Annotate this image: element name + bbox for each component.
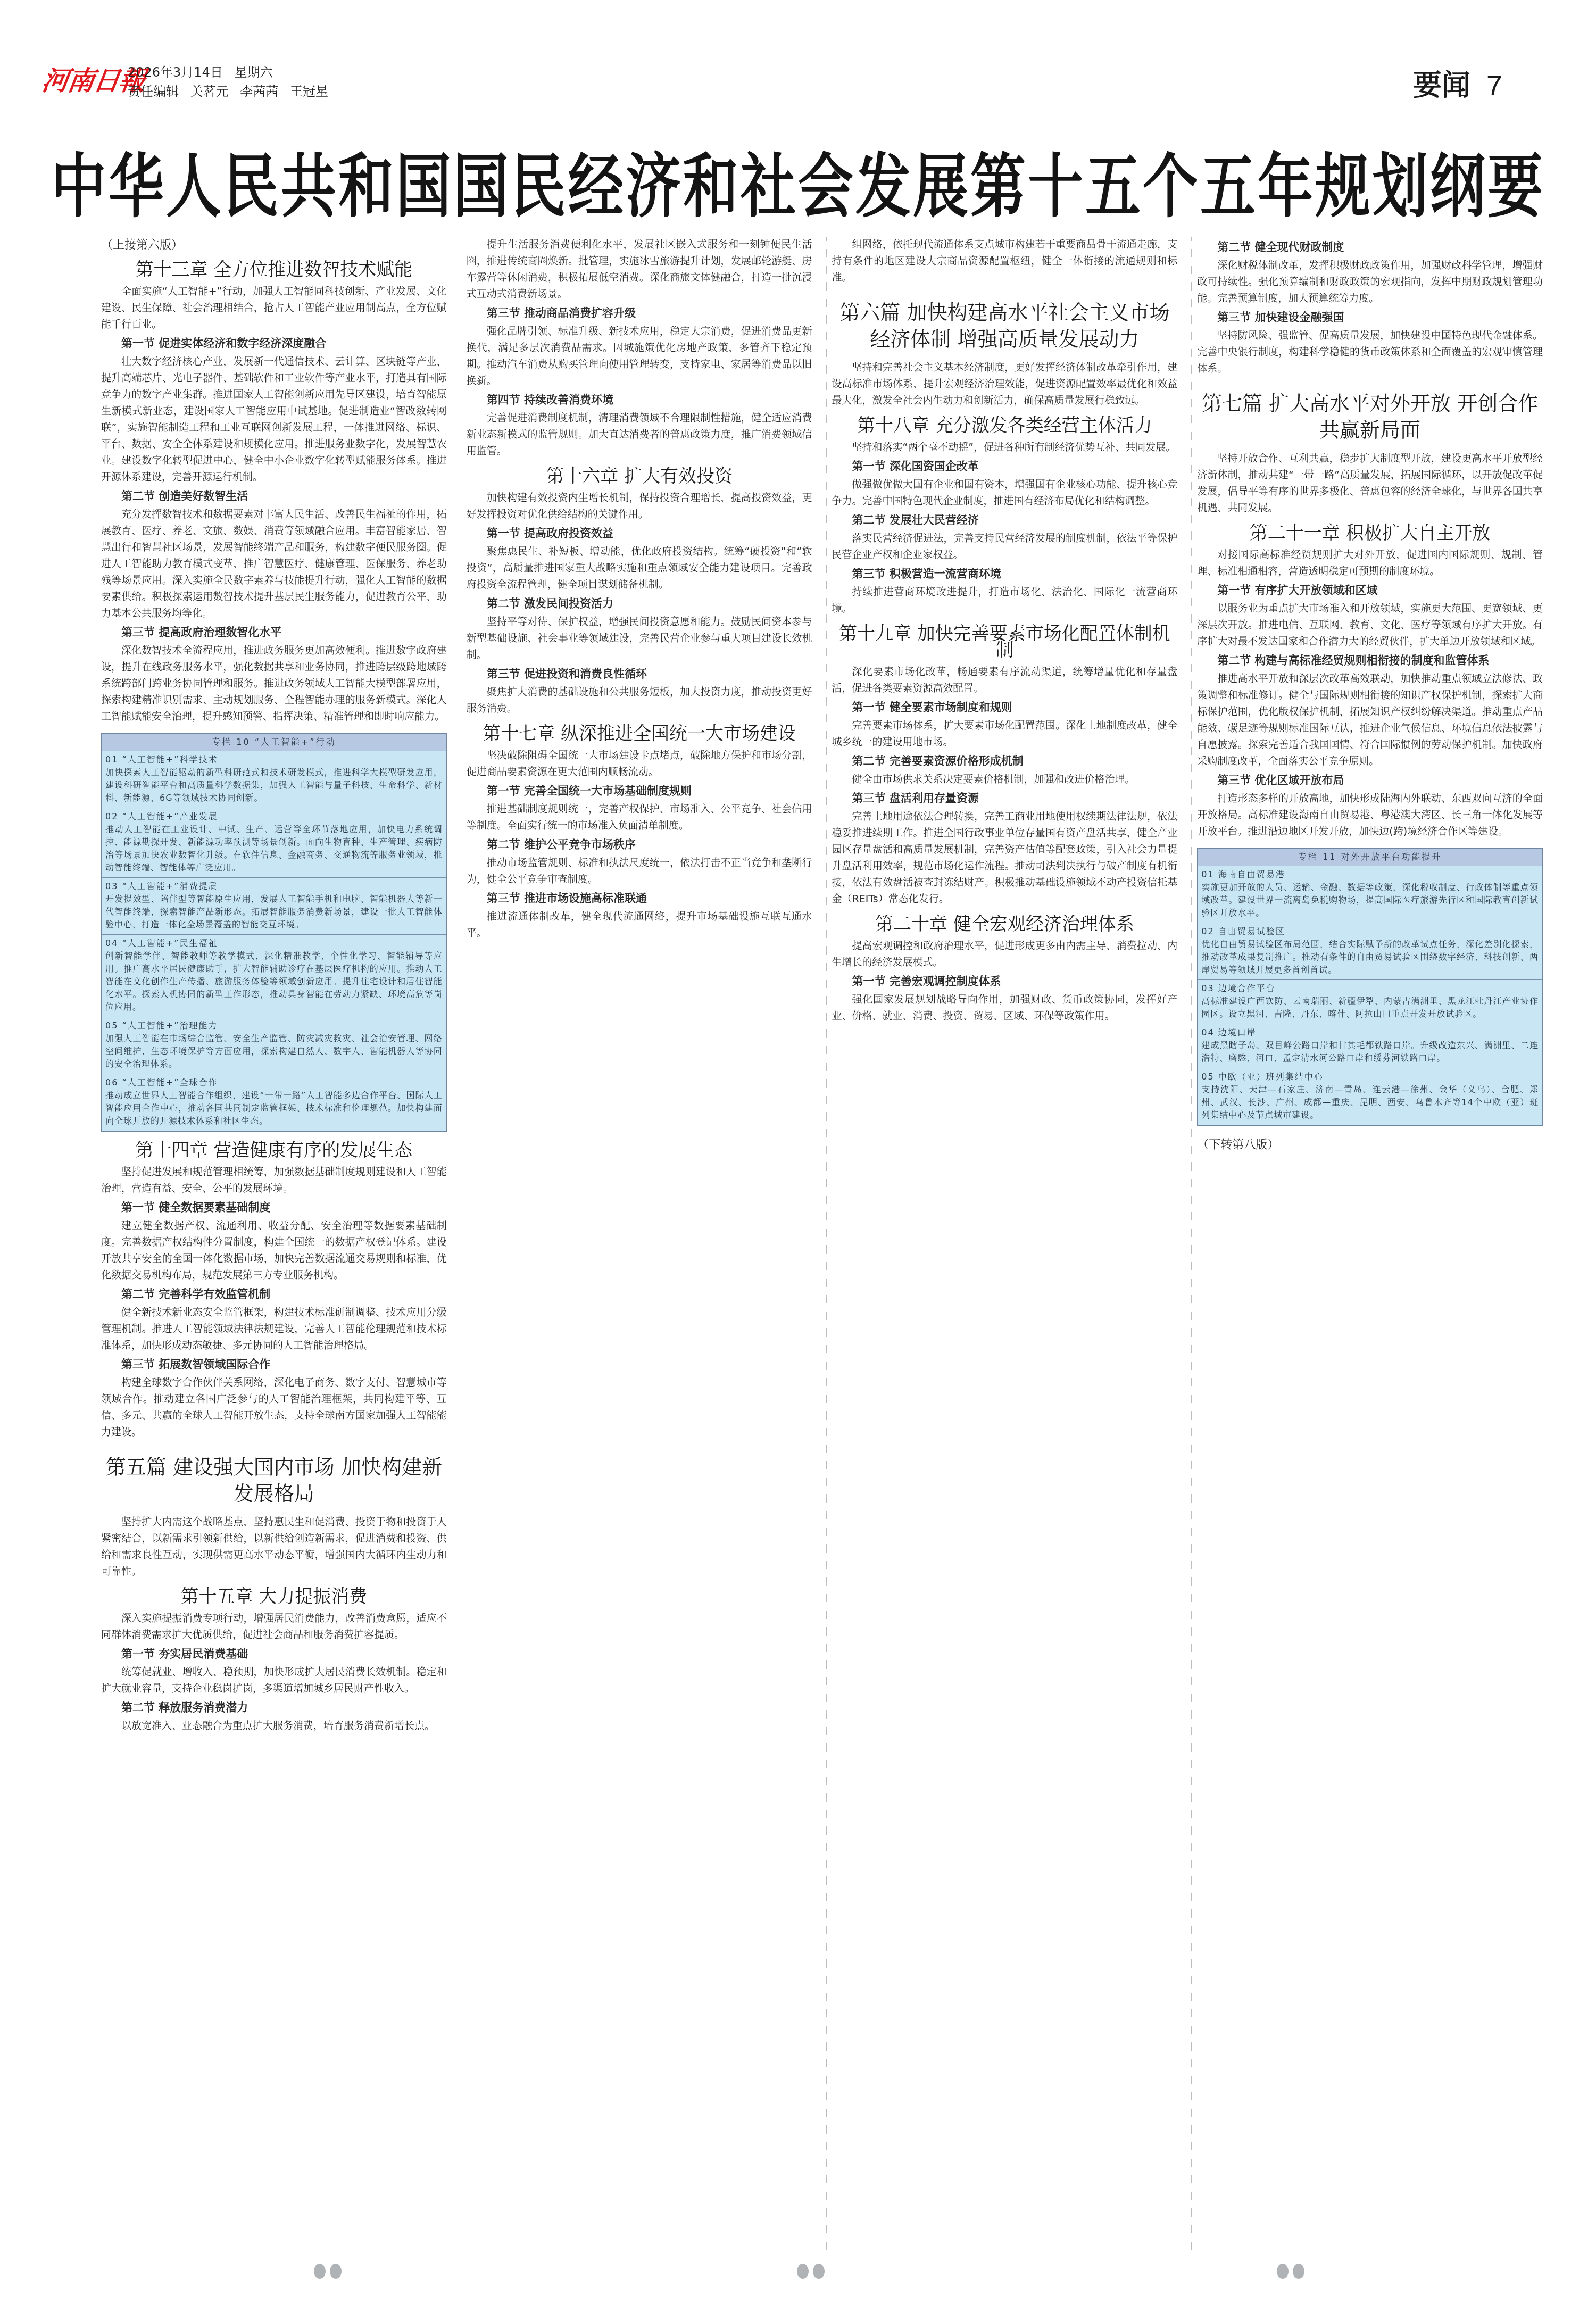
column-4: 第二节 健全现代财政制度深化财税体制改革，发挥积极财政政策作用，加强财政科学管理… <box>1191 237 1543 2253</box>
box-item: 04 “人工智能+”民生福祉创新智能学伴、智能教师等教学模式，深化精准教学、个性… <box>102 935 446 1017</box>
chapter-heading: 第十六章 扩大有效投资 <box>467 468 812 485</box>
box-item-text: 推动成立世界人工智能合作组织，建设“一带一路”人工智能多边合作平台、国际人工智能… <box>105 1089 443 1127</box>
body-paragraph: 强化品牌引领、标准升级、新技术应用，稳定大宗消费，促进消费品更新换代，满足多层次… <box>467 323 812 389</box>
body-paragraph: 加快构建有效投资内生增长机制，保持投资合理增长，提高投资效益，更好发挥投资对优化… <box>467 490 812 523</box>
body-paragraph: 以服务业为重点扩大市场准入和开放领域，实施更大范围、更宽领域、更深层次开放。推进… <box>1197 601 1543 650</box>
body-paragraph: 做强做优做大国有企业和国有资本，增强国有企业核心功能、提升核心竞争力。完善中国特… <box>832 477 1178 510</box>
section-heading: 第二节 构建与高标准经贸规则相衔接的制度和监管体系 <box>1197 652 1543 669</box>
body-paragraph: 完善要素市场体系，扩大要素市场化配置范围。深化土地制度改革，健全城乡统一的建设用… <box>832 718 1178 751</box>
box-item-text: 加快探索人工智能驱动的新型科研范式和技术研发模式，推进科学大模型研发应用，建设科… <box>105 766 443 804</box>
body-paragraph: 打造形态多样的开放高地，加快形成陆海内外联动、东西双向互济的全面开放格局。高标准… <box>1197 791 1543 840</box>
chapter-heading: 第十四章 营造健康有序的发展生态 <box>101 1142 447 1159</box>
section-heading: 第二节 完善要素资源价格形成机制 <box>832 753 1178 769</box>
body-paragraph: 深化财税体制改革，发挥积极财政政策作用，加强财政科学管理，增强财政可持续性。强化… <box>1197 258 1543 307</box>
body-paragraph: 推动市场监管规则、标准和执法尺度统一，依法打击不正当竞争和垄断行为，健全公平竞争… <box>467 855 812 888</box>
section-heading: 第二节 创造美好数智生活 <box>101 488 447 504</box>
chapter-heading: 第十九章 加快完善要素市场化配置体制机制 <box>832 626 1178 659</box>
box-item-title: 01 “人工智能+”科学技术 <box>105 753 443 766</box>
part-heading: 第六篇 加快构建高水平社会主义市场经济体制 增强高质量发展动力 <box>832 299 1178 352</box>
body-paragraph: 提高宏观调控和政府治理水平，促进形成更多由内需主导、消费拉动、内生增长的经济发展… <box>832 938 1178 971</box>
body-paragraph: 坚持和完善社会主义基本经济制度，更好发挥经济体制改革牵引作用，建设高标准市场体系… <box>832 360 1178 409</box>
section-heading: 第三节 拓展数智领域国际合作 <box>101 1356 447 1373</box>
chapter-heading: 第二十一章 积极扩大自主开放 <box>1197 525 1543 542</box>
body-paragraph: 深化数智技术全流程应用，推进政务服务更加高效便利。推进数字政府建设，提升在线政务… <box>101 643 447 725</box>
body-paragraph: 坚持和落实“两个毫不动摇”，促进各种所有制经济优势互补、共同发展。 <box>832 439 1178 456</box>
column-1: （上接第六版） 第十三章 全方位推进数智技术赋能全面实施“人工智能+”行动，加强… <box>101 237 447 2253</box>
editor-name: 李茜茜 <box>240 84 278 99</box>
section-heading: 第三节 推进市场设施高标准联通 <box>467 890 812 907</box>
box-item-title: 05 “人工智能+”治理能力 <box>105 1019 443 1032</box>
section-name: 要闻 <box>1413 68 1470 102</box>
box-item-title: 04 “人工智能+”民生福祉 <box>105 937 443 950</box>
section-heading: 第一节 深化国资国企改革 <box>832 458 1178 475</box>
section-heading: 第三节 优化区域开放布局 <box>1197 772 1543 788</box>
body-paragraph: 以放宽准入、业态融合为重点扩大服务消费，培育服务消费新增长点。 <box>101 1718 447 1734</box>
footer-ornament <box>314 2264 342 2279</box>
body-paragraph: 提升生活服务消费便利化水平，发展社区嵌入式服务和一刻钟便民生活圈，推进传统商圈焕… <box>467 237 812 303</box>
box-item-text: 优化自由贸易试验区布局范围，结合实际赋予新的改革试点任务，深化差别化探索，推动改… <box>1201 938 1539 976</box>
section-heading: 第一节 健全要素市场制度和规则 <box>832 699 1178 716</box>
body-paragraph: 完善土地用途依法合理转换，完善工商业用地使用权续期法律法规，依法稳妥推进续期工作… <box>832 809 1178 908</box>
section-heading: 第二节 发展壮大民营经济 <box>832 512 1178 528</box>
body-paragraph: 建立健全数据产权、流通利用、收益分配、安全治理等数据要素基础制度。完善数据产权结… <box>101 1218 447 1284</box>
body-paragraph: 坚持开放合作、互利共赢，稳步扩大制度型开放，建设更高水平开放型经济新体制，推动共… <box>1197 451 1543 517</box>
page-footer <box>0 2264 1596 2285</box>
chapter-heading: 第二十章 健全宏观经济治理体系 <box>832 916 1178 933</box>
chapter-heading: 第十三章 全方位推进数智技术赋能 <box>101 262 447 278</box>
section-label: 要闻7 <box>1413 63 1502 104</box>
box-item-text: 支持沈阳、天津—石家庄、济南—青岛、连云港—徐州、金华（义乌）、合肥、郑州、武汉… <box>1201 1083 1539 1122</box>
box-item-title: 05 中欧（亚）班列集结中心 <box>1201 1070 1539 1083</box>
issue-weekday: 星期六 <box>235 65 273 80</box>
body-paragraph: 聚焦扩大消费的基础设施和公共服务短板，加大投资力度，推动投资更好服务消费。 <box>467 684 812 717</box>
section-heading: 第一节 有序扩大开放领域和区域 <box>1197 582 1543 599</box>
box-item-title: 04 边境口岸 <box>1201 1026 1539 1039</box>
box-item-text: 加强人工智能在市场综合监管、安全生产监管、防灾减灾救灾、社会治安管理、网络空间维… <box>105 1032 443 1070</box>
body-paragraph: 壮大数字经济核心产业，发展新一代通信技术、云计算、区块链等产业，提升高端芯片、光… <box>101 354 447 486</box>
box-item: 03 边境合作平台高标准建设广西钦防、云南瑞丽、新疆伊犁、内蒙古满洲里、黑龙江牡… <box>1198 980 1542 1024</box>
footer-ornament <box>797 2264 825 2279</box>
section-heading: 第一节 健全数据要素基础制度 <box>101 1199 447 1216</box>
box-item: 01 “人工智能+”科学技术加快探索人工智能驱动的新型科研范式和技术研发模式，推… <box>102 751 446 808</box>
section-heading: 第三节 积极营造一流营商环境 <box>832 566 1178 582</box>
body-paragraph: 深入实施提振消费专项行动，增强居民消费能力，改善消费意愿，适应不同群体消费需求扩… <box>101 1610 447 1643</box>
continued-to-note: （下转第八版） <box>1197 1136 1543 1153</box>
section-heading: 第二节 健全现代财政制度 <box>1197 239 1543 255</box>
body-paragraph: 聚焦惠民生、补短板、增动能，优化政府投资结构。统筹“硬投资”和“软投资”，高质量… <box>467 544 812 593</box>
box-item: 06 “人工智能+”全球合作推动成立世界人工智能合作组织，建设“一带一路”人工智… <box>102 1074 446 1131</box>
body-paragraph: 坚持平等对待、保护权益，增强民间投资意愿和能力。鼓励民间资本参与新型基础设施、社… <box>467 614 812 663</box>
page-number: 7 <box>1486 70 1502 102</box>
box-item-title: 03 “人工智能+”消费提质 <box>105 880 443 893</box>
section-heading: 第四节 持续改善消费环境 <box>467 392 812 408</box>
editor-label: 责任编辑 <box>128 84 179 99</box>
body-paragraph: 推进高水平开放和深层次改革高效联动，加快推动重点领域立法修法、政策调整和标准修订… <box>1197 671 1543 770</box>
column-3: 组网络，依托现代流通体系支点城市构建若干重要商品骨干流通走廊，支持有条件的地区建… <box>826 237 1178 2253</box>
body-paragraph: 充分发挥数智技术和数据要素对丰富人民生活、改善民生福祉的作用，拓展教育、医疗、养… <box>101 507 447 622</box>
body-paragraph: 构建全球数字合作伙伴关系网络，深化电子商务、数字支付、智慧城市等领域合作。推动建… <box>101 1375 447 1441</box>
box-item: 02 “人工智能+”产业发展推动人工智能在工业设计、中试、生产、运营等全环节落地… <box>102 808 446 878</box>
chapter-heading: 第十八章 充分激发各类经营主体活力 <box>832 418 1178 434</box>
section-heading: 第二节 维护公平竞争市场秩序 <box>467 836 812 853</box>
section-heading: 第二节 释放服务消费潜力 <box>101 1699 447 1716</box>
body-paragraph: 统筹促就业、增收入、稳预期，加快形成扩大居民消费长效机制。稳定和扩大就业容量，支… <box>101 1664 447 1697</box>
body-paragraph: 深化要素市场化改革，畅通要素有序流动渠道，统筹增量优化和存量盘活，促进各类要素资… <box>832 664 1178 697</box>
box-item-title: 01 海南自由贸易港 <box>1201 868 1539 881</box>
part-heading: 第五篇 建设强大国内市场 加快构建新发展格局 <box>101 1454 447 1507</box>
body-paragraph: 组网络，依托现代流通体系支点城市构建若干重要商品骨干流通走廊，支持有条件的地区建… <box>832 237 1178 286</box>
box-item-title: 06 “人工智能+”全球合作 <box>105 1076 443 1089</box>
body-paragraph: 推进流通体制改革，健全现代流通网络，提升市场基础设施互联互通水平。 <box>467 909 812 942</box>
body-paragraph: 坚持促进发展和规范管理相统筹，加强数据基础制度规则建设和人工智能治理，营造有益、… <box>101 1164 447 1197</box>
body-paragraph: 健全由市场供求关系决定要素价格机制，加强和改进价格治理。 <box>832 771 1178 788</box>
box-item: 03 “人工智能+”消费提质开发提效型、陪伴型等智能原生应用，发展人工智能手机和… <box>102 878 446 935</box>
box-item: 05 中欧（亚）班列集结中心支持沈阳、天津—石家庄、济南—青岛、连云港—徐州、金… <box>1198 1068 1542 1125</box>
section-heading: 第二节 完善科学有效监管机制 <box>101 1286 447 1302</box>
issue-date: 2026年3月14日 <box>128 65 223 80</box>
box-item-text: 推动人工智能在工业设计、中试、生产、运营等全环节落地应用，加快电力系统调控、能源… <box>105 823 443 874</box>
section-heading: 第一节 提高政府投资效益 <box>467 525 812 542</box>
body-paragraph: 全面实施“人工智能+”行动，加强人工智能同科技创新、产业发展、文化建设、民生保障… <box>101 284 447 333</box>
part-heading: 第七篇 扩大高水平对外开放 开创合作共赢新局面 <box>1197 390 1543 443</box>
page-headline: 中华人民共和国国民经济和社会发展第十五个五年规划纲要 <box>0 130 1596 230</box>
box-item-text: 创新智能学伴、智能教师等教学模式，深化精准教学、个性化学习、智能辅导等应用。推广… <box>105 950 443 1014</box>
box-item: 02 自由贸易试验区优化自由贸易试验区布局范围，结合实际赋予新的改革试点任务，深… <box>1198 923 1542 980</box>
body-paragraph: 坚决破除阻碍全国统一大市场建设卡点堵点，破除地方保护和市场分割，促进商品要素资源… <box>467 748 812 781</box>
issue-meta: 2026年3月14日 星期六 责任编辑 关茗元 李茜茜 王冠星 <box>128 63 336 101</box>
body-paragraph: 强化国家发展规划战略导向作用，加强财政、货币政策协同，发挥好产业、价格、就业、消… <box>832 992 1178 1025</box>
sidebar-box-box10: 专栏 10 “人工智能+”行动01 “人工智能+”科学技术加快探索人工智能驱动的… <box>101 733 447 1132</box>
box-item: 01 海南自由贸易港实施更加开放的人员、运输、金融、数据等政策，深化税收制度、行… <box>1198 866 1542 923</box>
box-item-text: 开发提效型、陪伴型等智能原生应用，发展人工智能手机和电脑、智能机器人等新一代智能… <box>105 893 443 931</box>
section-heading: 第三节 提高政府治理数智化水平 <box>101 624 447 641</box>
box-title: 专栏 10 “人工智能+”行动 <box>102 734 446 751</box>
editor-name: 关茗元 <box>190 84 229 99</box>
column-2: 提升生活服务消费便利化水平，发展社区嵌入式服务和一刻钟便民生活圈，推进传统商圈焕… <box>461 237 812 2253</box>
section-heading: 第三节 加快建设金融强国 <box>1197 309 1543 326</box>
chapter-heading: 第十五章 大力提振消费 <box>101 1589 447 1605</box>
box-title: 专栏 11 对外开放平台功能提升 <box>1198 849 1542 866</box>
chapter-heading: 第十七章 纵深推进全国统一大市场建设 <box>467 726 812 742</box>
body-paragraph: 持续推进营商环境改进提升，打造市场化、法治化、国际化一流营商环境。 <box>832 584 1178 617</box>
section-heading: 第三节 促进投资和消费良性循环 <box>467 666 812 682</box>
box-item-text: 高标准建设广西钦防、云南瑞丽、新疆伊犁、内蒙古满洲里、黑龙江牡丹江产业协作园区。… <box>1201 995 1539 1020</box>
body-paragraph: 落实民营经济促进法，完善支持民营经济发展的制度机制，依法平等保护民营企业产权和企… <box>832 530 1178 563</box>
section-heading: 第三节 推动商品消费扩容升级 <box>467 305 812 321</box>
box-item-text: 实施更加开放的人员、运输、金融、数据等政策，深化税收制度、行政体制等重点领域改革… <box>1201 881 1539 919</box>
sidebar-box-box11: 专栏 11 对外开放平台功能提升01 海南自由贸易港实施更加开放的人员、运输、金… <box>1197 848 1543 1126</box>
body-paragraph: 推进基础制度规则统一，完善产权保护、市场准入、公平竞争、社会信用等制度。全面实行… <box>467 801 812 834</box>
section-heading: 第一节 完善全国统一大市场基础制度规则 <box>467 783 812 799</box>
body-paragraph: 对接国际高标准经贸规则扩大对外开放，促进国内国际规则、规制、管理、标准相通相容，… <box>1197 547 1543 580</box>
body-paragraph: 健全新技术新业态安全监管框架，构建技术标准研制调整、技术应用分级管理机制。推进人… <box>101 1305 447 1354</box>
section-heading: 第一节 夯实居民消费基础 <box>101 1646 447 1662</box>
body-paragraph: 完善促进消费制度机制，清理消费领域不合理限制性措施，健全适应消费新业态新模式的监… <box>467 410 812 460</box>
masthead: 河南日報 2026年3月14日 星期六 责任编辑 关茗元 李茜茜 王冠星 要闻7 <box>0 0 1596 106</box>
box-item-title: 02 “人工智能+”产业发展 <box>105 810 443 823</box>
section-heading: 第三节 盘活利用存量资源 <box>832 790 1178 807</box>
editor-name: 王冠星 <box>290 84 328 99</box>
body-paragraph: 坚持防风险、强监管、促高质量发展，加快建设中国特色现代金融体系。完善中央银行制度… <box>1197 328 1543 377</box>
box-item-text: 建成黑瞎子岛、双目峰公路口岸和甘其毛都铁路口岸。升级改造东兴、满洲里、二连浩特、… <box>1201 1039 1539 1065</box>
article-columns: （上接第六版） 第十三章 全方位推进数智技术赋能全面实施“人工智能+”行动，加强… <box>101 237 1543 2253</box>
box-item-title: 02 自由贸易试验区 <box>1201 925 1539 938</box>
box-item: 05 “人工智能+”治理能力加强人工智能在市场综合监管、安全生产监管、防灾减灾救… <box>102 1017 446 1074</box>
box-item-title: 03 边境合作平台 <box>1201 982 1539 995</box>
footer-ornament <box>1277 2264 1304 2279</box>
body-paragraph: 坚持扩大内需这个战略基点，坚持惠民生和促消费、投资于物和投资于人紧密结合，以新需… <box>101 1514 447 1580</box>
box-item: 04 边境口岸建成黑瞎子岛、双目峰公路口岸和甘其毛都铁路口岸。升级改造东兴、满洲… <box>1198 1024 1542 1068</box>
section-heading: 第一节 促进实体经济和数字经济深度融合 <box>101 335 447 352</box>
section-heading: 第一节 完善宏观调控制度体系 <box>832 973 1178 990</box>
section-heading: 第二节 激发民间投资活力 <box>467 595 812 612</box>
continued-from-note: （上接第六版） <box>101 237 447 253</box>
